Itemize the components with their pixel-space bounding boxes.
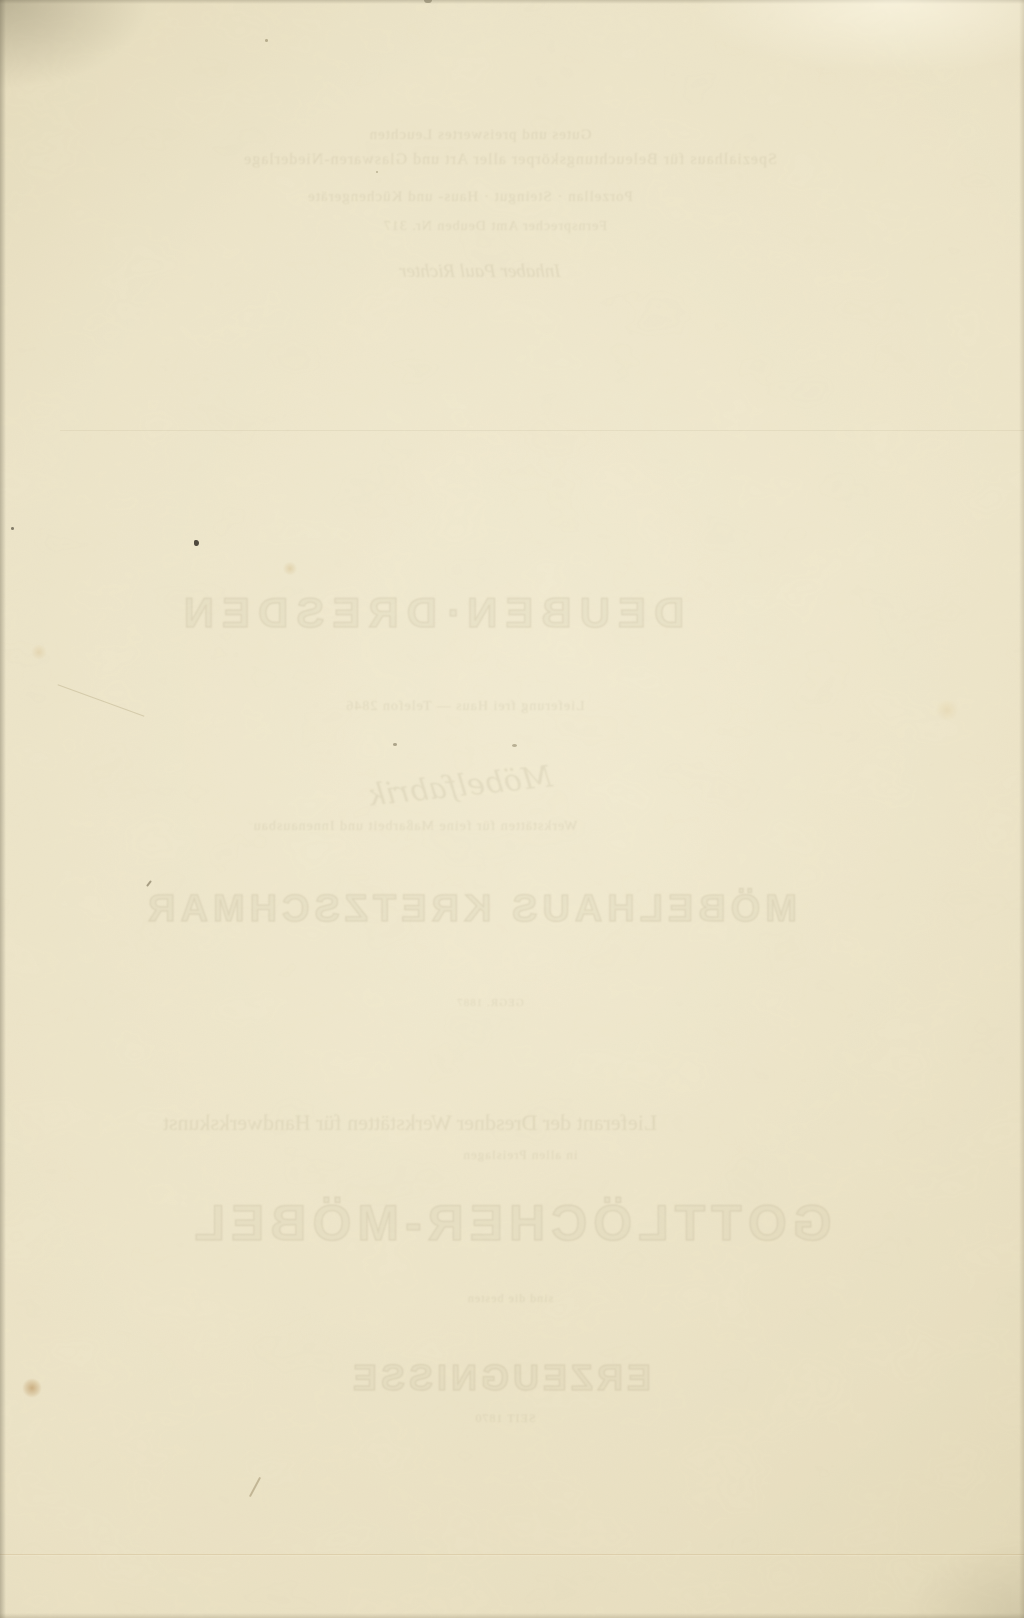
ghost-script-signature: Möbelfabrik [349,761,571,814]
foxing-stain [22,1378,42,1398]
crease-line [58,684,145,716]
ghost-headline: DEUBEN·DRESDEN [130,592,730,634]
page-edge-shadow-bottom [0,1613,1024,1618]
ghost-line: Lieferant der Dresdner Werkstätten für H… [90,1112,730,1134]
edge-nick [424,0,432,3]
ghost-line: Lieferung frei Haus — Telefon 2846 [230,700,700,714]
ink-speck [11,527,14,530]
ghost-line: Porzellan · Steingut · Haus- und Kücheng… [230,190,710,205]
crease-line [60,430,1024,431]
page-edge-shadow-right [1019,0,1024,1618]
ghost-line: in allen Preislagen [395,1148,645,1161]
ghost-line: Spezialhaus für Beleuchtungskörper aller… [60,152,960,168]
ghost-line: SEIT 1870 [430,1412,580,1424]
ghost-line: GEGR. 1887 [430,998,550,1009]
corner-shadow-top-left [0,0,150,90]
ink-speck [393,743,397,746]
foxing-stain [282,562,298,575]
ghost-line: Inhaber Paul Richter [330,262,630,281]
ink-speck [194,540,199,546]
corner-shadow-bottom-right [904,1538,1024,1618]
ghost-headline: ERZEUGNISSE [330,1360,670,1396]
ink-speck [265,39,268,42]
ghost-line: Fernsprecher Amt Deuben Nr. 317 [330,220,660,234]
foxing-stain [934,700,960,720]
corner-highlight-top-right [700,0,1024,70]
ghost-line: sind die besten [400,1292,620,1304]
fiber-hair [146,880,152,887]
ghost-line: Werkstätten für feine Maßarbeit und Inne… [105,820,725,834]
scanned-blank-page: Gutes und preiswertes Leuchten Spezialha… [0,0,1024,1618]
foxing-stain [30,645,48,659]
ghost-line: Gutes und preiswertes Leuchten [280,128,680,143]
ink-speck [376,171,378,173]
page-edge-shadow-top [0,0,1024,4]
scratch-mark [249,1477,261,1497]
crease-line [0,1554,1024,1555]
ink-speck [512,744,517,747]
ghost-headline: GOTTLÖCHER-MÖBEL [35,1198,985,1248]
ghost-headline: MÖBELHAUS KRETZSCHMAR [75,890,865,928]
page-edge-shadow-left [0,0,6,1618]
